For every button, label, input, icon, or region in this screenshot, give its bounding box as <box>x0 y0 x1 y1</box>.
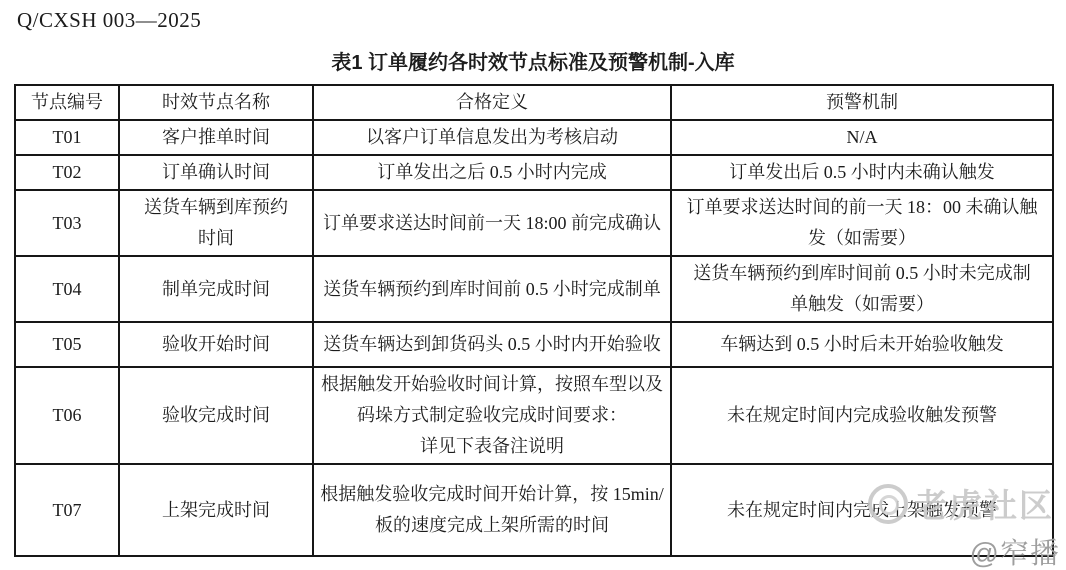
node-id-cell: T02 <box>15 155 119 190</box>
warning-cell: 未在规定时间内完成上架触发预警 <box>671 464 1053 556</box>
warning-cell: 送货车辆预约到库时间前 0.5 小时未完成制 单触发（如需要） <box>671 256 1053 322</box>
warning-cell: 车辆达到 0.5 小时后未开始验收触发 <box>671 322 1053 367</box>
table-row-t03: T03 送货车辆到库预约 时间 订单要求送达时间前一天 18:00 前完成确认 … <box>15 190 1053 256</box>
column-header-warning-mechanism: 预警机制 <box>671 85 1053 120</box>
document-page: Q/CXSH 003—2025 表1 订单履约各时效节点标准及预警机制-入库 节… <box>0 0 1066 570</box>
warning-cell: N/A <box>671 120 1053 155</box>
warning-cell: 未在规定时间内完成验收触发预警 <box>671 367 1053 464</box>
node-id-cell: T05 <box>15 322 119 367</box>
node-id-cell: T07 <box>15 464 119 556</box>
warning-cell: 订单发出后 0.5 小时内未确认触发 <box>671 155 1053 190</box>
column-header-node-id: 节点编号 <box>15 85 119 120</box>
definition-cell: 订单发出之后 0.5 小时内完成 <box>313 155 671 190</box>
node-id-cell: T04 <box>15 256 119 322</box>
standard-number: Q/CXSH 003—2025 <box>17 8 201 33</box>
warning-cell: 订单要求送达时间的前一天 18：00 未确认触 发（如需要） <box>671 190 1053 256</box>
node-name-cell: 送货车辆到库预约 时间 <box>119 190 313 256</box>
definition-cell: 送货车辆预约到库时间前 0.5 小时完成制单 <box>313 256 671 322</box>
node-name-cell: 验收完成时间 <box>119 367 313 464</box>
node-id-cell: T03 <box>15 190 119 256</box>
node-name-cell: 制单完成时间 <box>119 256 313 322</box>
table-row-t04: T04 制单完成时间 送货车辆预约到库时间前 0.5 小时完成制单 送货车辆预约… <box>15 256 1053 322</box>
table-title: 表1 订单履约各时效节点标准及预警机制-入库 <box>14 46 1052 75</box>
node-name-cell: 订单确认时间 <box>119 155 313 190</box>
definition-cell: 根据触发开始验收时间计算，按照车型以及 码垛方式制定验收完成时间要求： 详见下表… <box>313 367 671 464</box>
definition-cell: 订单要求送达时间前一天 18:00 前完成确认 <box>313 190 671 256</box>
node-id-cell: T06 <box>15 367 119 464</box>
order-fulfillment-sla-table: 节点编号 时效节点名称 合格定义 预警机制 T01 客户推单时间 以客户订单信息… <box>14 84 1054 557</box>
node-name-cell: 验收开始时间 <box>119 322 313 367</box>
table-row-t02: T02 订单确认时间 订单发出之后 0.5 小时内完成 订单发出后 0.5 小时… <box>15 155 1053 190</box>
definition-cell: 以客户订单信息发出为考核启动 <box>313 120 671 155</box>
definition-cell: 送货车辆达到卸货码头 0.5 小时内开始验收 <box>313 322 671 367</box>
node-name-cell: 上架完成时间 <box>119 464 313 556</box>
definition-cell: 根据触发验收完成时间开始计算，按 15min/ 板的速度完成上架所需的时间 <box>313 464 671 556</box>
table-header-row: 节点编号 时效节点名称 合格定义 预警机制 <box>15 85 1053 120</box>
table-row-t01: T01 客户推单时间 以客户订单信息发出为考核启动 N/A <box>15 120 1053 155</box>
node-name-cell: 客户推单时间 <box>119 120 313 155</box>
column-header-qualified-definition: 合格定义 <box>313 85 671 120</box>
column-header-node-name: 时效节点名称 <box>119 85 313 120</box>
table-row-t05: T05 验收开始时间 送货车辆达到卸货码头 0.5 小时内开始验收 车辆达到 0… <box>15 322 1053 367</box>
node-id-cell: T01 <box>15 120 119 155</box>
table-row-t06: T06 验收完成时间 根据触发开始验收时间计算，按照车型以及 码垛方式制定验收完… <box>15 367 1053 464</box>
table-row-t07: T07 上架完成时间 根据触发验收完成时间开始计算，按 15min/ 板的速度完… <box>15 464 1053 556</box>
